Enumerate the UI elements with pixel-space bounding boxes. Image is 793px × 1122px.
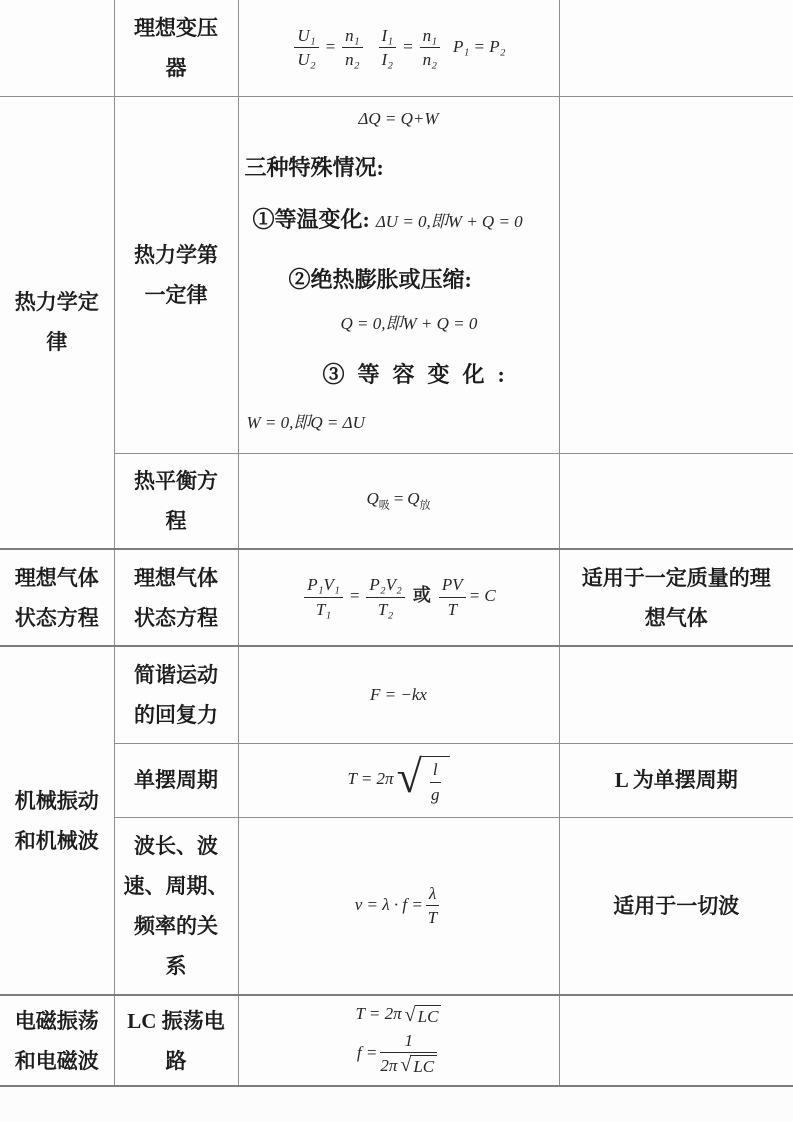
case-isothermal-formula: ΔU = 0,即W + Q = 0 — [376, 207, 523, 232]
item-label-line: 路 — [115, 1041, 238, 1081]
square-root: √LC — [400, 1055, 437, 1077]
heat-balance-formula: Q吸=Q放 — [366, 489, 430, 508]
note-line: 适用于一切波 — [560, 886, 793, 926]
table-row: 热平衡方 程 Q吸=Q放 — [0, 453, 793, 549]
fraction: U₁U₂ — [294, 26, 318, 70]
case-isothermal: ①等温变化: ΔU = 0,即W + Q = 0 — [253, 205, 523, 235]
note-cell-empty — [559, 646, 793, 743]
lc-period-formula: T = 2π√LC — [356, 1004, 442, 1026]
fraction: 12π√LC — [380, 1031, 437, 1077]
table-row: 机械振动 和机械波 简谐运动 的回复力 F = −kx — [0, 646, 793, 743]
case-isothermal-label: ①等温变化: — [253, 205, 370, 235]
item-label-line: 热平衡方 — [115, 461, 238, 501]
item-label-line: 理想气体 — [115, 558, 238, 598]
fraction: n₁n₂ — [342, 26, 362, 70]
category-label-line: 状态方程 — [0, 598, 114, 638]
fraction: P₁V₁T₁ — [304, 575, 343, 619]
item-label-line: 系 — [115, 946, 238, 986]
pendulum-formula: T = 2π√lg — [347, 769, 449, 788]
item-cell-wave-relation: 波长、波 速、周期、 频率的关 系 — [114, 817, 238, 995]
item-label-line: 器 — [115, 48, 238, 88]
item-label-line: 的回复力 — [115, 695, 238, 735]
item-cell-heat-balance: 热平衡方 程 — [114, 453, 238, 549]
case-adiabatic-formula: Q = 0,即W + Q = 0 — [341, 309, 478, 334]
case-isochoric-label: ③等容变化: — [323, 360, 518, 390]
note-cell-empty — [559, 0, 793, 96]
category-cell-empty — [0, 0, 114, 96]
note-cell-empty — [559, 96, 793, 453]
first-law-formula: ΔQ = Q+W — [358, 109, 438, 129]
category-label-line: 和机械波 — [0, 821, 114, 861]
category-label-line: 理想气体 — [0, 558, 114, 598]
fraction: P₂V₂T₂ — [366, 575, 405, 619]
fraction: λT — [426, 884, 439, 928]
formula-cell-first-law: ΔQ = Q+W 三种特殊情况: ①等温变化: ΔU = 0,即W + Q = … — [238, 96, 559, 453]
table-row: 单摆周期 T = 2π√lg L 为单摆周期 — [0, 743, 793, 817]
note-line: 适用于一定质量的理 — [560, 558, 793, 598]
table-row: 理想变压 器 U₁U₂=n₁n₂I₁I₂=n₁n₂P₁ = P₂ — [0, 0, 793, 96]
note-cell-empty — [559, 995, 793, 1086]
item-cell-first-law: 热力学第 一定律 — [114, 96, 238, 453]
note-line: L 为单摆周期 — [560, 760, 793, 800]
category-label-line: 机械振动 — [0, 781, 114, 821]
physics-formula-table: 理想变压 器 U₁U₂=n₁n₂I₁I₂=n₁n₂P₁ = P₂ 热力学定 律 … — [0, 0, 793, 1087]
category-cell-thermodynamics: 热力学定 律 — [0, 96, 114, 549]
first-law-content: ΔQ = Q+W 三种特殊情况: ①等温变化: ΔU = 0,即W + Q = … — [239, 97, 559, 433]
ideal-gas-formula: P₁V₁T₁=P₂V₂T₂或PVT= C — [301, 586, 496, 605]
category-cell-ideal-gas: 理想气体 状态方程 — [0, 549, 114, 646]
item-label-line: 程 — [115, 501, 238, 541]
or-word: 或 — [413, 585, 431, 605]
item-label-line: 简谐运动 — [115, 655, 238, 695]
category-cell-mechanical-waves: 机械振动 和机械波 — [0, 646, 114, 995]
fraction: n₁n₂ — [420, 26, 440, 70]
item-cell-transformer: 理想变压 器 — [114, 0, 238, 96]
item-label-line: 波长、波 — [115, 826, 238, 866]
fraction: PVT — [439, 575, 466, 619]
table-row: 理想气体 状态方程 理想气体 状态方程 P₁V₁T₁=P₂V₂T₂或PVT= C… — [0, 549, 793, 646]
case-isochoric-formula: W = 0,即Q = ΔU — [247, 408, 365, 433]
item-label-line: 一定律 — [115, 275, 238, 315]
power-equality: P₁ = P₂ — [453, 37, 506, 56]
special-cases-heading: 三种特殊情况: — [245, 153, 384, 183]
wave-formula: v = λ · f =λT — [355, 895, 442, 914]
item-label-line: 频率的关 — [115, 906, 238, 946]
fraction: lg — [430, 760, 441, 804]
formula-cell-restoring-force: F = −kx — [238, 646, 559, 743]
formula-cell-pendulum: T = 2π√lg — [238, 743, 559, 817]
note-cell-ideal-gas: 适用于一定质量的理 想气体 — [559, 549, 793, 646]
item-cell-lc-circuit: LC 振荡电 路 — [114, 995, 238, 1086]
formula-cell-heat-balance: Q吸=Q放 — [238, 453, 559, 549]
formula-cell-lc: T = 2π√LC f =12π√LC — [238, 995, 559, 1086]
item-cell-pendulum-period: 单摆周期 — [114, 743, 238, 817]
item-label-line: 热力学第 — [115, 235, 238, 275]
item-label-line: 理想变压 — [115, 8, 238, 48]
category-label-line: 和电磁波 — [0, 1041, 114, 1081]
table-row: 电磁振荡 和电磁波 LC 振荡电 路 T = 2π√LC f =12π√LC — [0, 995, 793, 1086]
formula-cell-ideal-gas: P₁V₁T₁=P₂V₂T₂或PVT= C — [238, 549, 559, 646]
note-line: 想气体 — [560, 598, 793, 638]
category-label-line: 电磁振荡 — [0, 1001, 114, 1041]
transformer-formula: U₁U₂=n₁n₂I₁I₂=n₁n₂P₁ = P₂ — [291, 37, 505, 56]
restoring-force-formula: F = −kx — [370, 685, 427, 704]
note-cell-empty — [559, 453, 793, 549]
category-label-line: 律 — [0, 322, 114, 362]
case-adiabatic-label: ②绝热膨胀或压缩: — [289, 265, 472, 295]
lc-formulas: T = 2π√LC f =12π√LC — [239, 1004, 559, 1076]
item-label-line: 单摆周期 — [115, 760, 238, 800]
item-label-line: 状态方程 — [115, 598, 238, 638]
note-cell-wave: 适用于一切波 — [559, 817, 793, 995]
formula-cell-transformer: U₁U₂=n₁n₂I₁I₂=n₁n₂P₁ = P₂ — [238, 0, 559, 96]
fraction: I₁I₂ — [379, 26, 397, 70]
item-label-line: 速、周期、 — [115, 866, 238, 906]
formula-cell-wave: v = λ · f =λT — [238, 817, 559, 995]
category-label-line: 热力学定 — [0, 282, 114, 322]
square-root: √LC — [405, 1005, 442, 1027]
lc-frequency-formula: f =12π√LC — [357, 1031, 440, 1077]
table-row: 热力学定 律 热力学第 一定律 ΔQ = Q+W 三种特殊情况: ①等温变化: … — [0, 96, 793, 453]
note-cell-pendulum: L 为单摆周期 — [559, 743, 793, 817]
item-cell-restoring-force: 简谐运动 的回复力 — [114, 646, 238, 743]
item-label-line: LC 振荡电 — [115, 1001, 238, 1041]
item-cell-ideal-gas: 理想气体 状态方程 — [114, 549, 238, 646]
square-root: √lg — [397, 756, 450, 804]
category-cell-em-waves: 电磁振荡 和电磁波 — [0, 995, 114, 1086]
table-row: 波长、波 速、周期、 频率的关 系 v = λ · f =λT 适用于一切波 — [0, 817, 793, 995]
